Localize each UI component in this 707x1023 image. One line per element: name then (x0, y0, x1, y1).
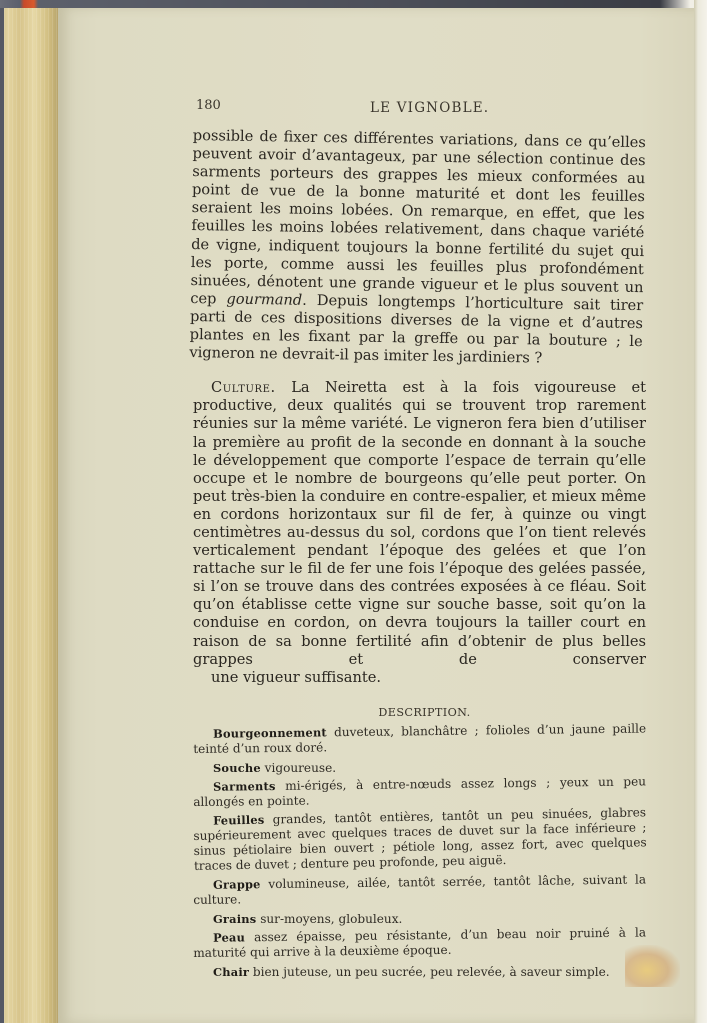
description-term: Souche (213, 761, 261, 775)
description-heading: DESCRIPTION. (193, 706, 646, 719)
description-term: Grains (213, 912, 256, 926)
facing-page-edge (694, 0, 707, 1023)
description-item: Grains sur-moyens, globuleux. (193, 912, 646, 927)
paragraph-culture: Culture. La Neiretta est à la fois vigou… (193, 379, 646, 687)
description-term: Grappe (213, 877, 261, 892)
italic-term: gourmand (226, 290, 302, 308)
section-lead: Culture. (211, 379, 276, 396)
running-head: 180 LE VIGNOBLE. (193, 96, 646, 122)
running-title: LE VIGNOBLE. (370, 100, 489, 116)
description-term: Sarments (213, 779, 276, 794)
paragraph-continuation: possible de fixer ces différentes variat… (189, 127, 646, 369)
book-photo: 180 LE VIGNOBLE. possible de fixer ces d… (0, 0, 707, 1023)
description-item: Feuilles grandes, tantôt entières, tantô… (193, 805, 647, 874)
description-term: Bourgeonnement (213, 725, 327, 740)
description-item: Souche vigoureuse. (193, 761, 646, 776)
description-term: Feuilles (213, 812, 264, 827)
page-number: 180 (196, 98, 221, 113)
description-text: bien juteuse, un peu sucrée, peu relevée… (249, 965, 610, 979)
paragraph-last-line: une vigueur suffisante. (193, 669, 646, 687)
description-item: Peau assez épaisse, peu résistante, d’un… (193, 925, 646, 961)
description-item: Chair bien juteuse, un peu sucrée, peu r… (193, 965, 646, 980)
description-term: Peau (213, 930, 245, 944)
description-text: sur-moyens, globuleux. (256, 912, 402, 926)
paragraph-text: La Neiretta est à la fois vigoureuse et … (193, 379, 646, 667)
description-item: Sarments mi-érigés, à entre-nœuds assez … (193, 774, 646, 810)
description-term: Chair (213, 965, 249, 979)
paragraph-text: possible de fixer ces différentes variat… (190, 127, 646, 307)
page-text: 180 LE VIGNOBLE. possible de fixer ces d… (193, 96, 646, 984)
description-item: Bourgeonnement duveteux, blanchâtre ; fo… (193, 721, 646, 757)
description-text: vigoureuse. (261, 761, 336, 775)
description-text: volumineuse, ailée, tantôt serrée, tantô… (193, 872, 646, 907)
description-list: Bourgeonnement duveteux, blanchâtre ; fo… (193, 727, 646, 980)
description-item: Grappe volumineuse, ailée, tantôt serrée… (193, 872, 646, 908)
description-text: assez épaisse, peu résistante, d’un beau… (193, 925, 646, 960)
page-edges-stack (0, 8, 58, 1023)
